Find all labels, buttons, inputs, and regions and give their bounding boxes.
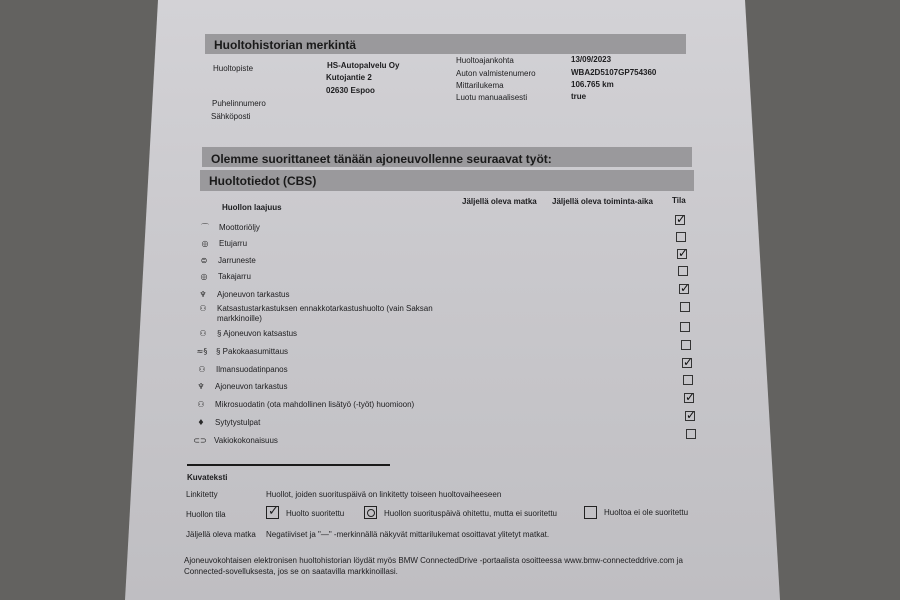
cbs-title-bar: Huoltotiedot (CBS) [200, 170, 694, 191]
service-point-name: HS-Autopalvelu Oy [327, 61, 399, 70]
legend-distance-text: Negatiiviset ja "—" -merkinnällä näkyvät… [266, 530, 549, 539]
engine-oil-icon: ⌒ [198, 223, 212, 233]
status-checked-icon [675, 215, 685, 225]
status-unchecked-icon [686, 429, 696, 439]
spark-plug-icon: ♦ [194, 418, 208, 428]
footer-line-1: Ajoneuvokohtaisen elektronisen huoltohis… [184, 556, 683, 565]
status-checked-icon [685, 411, 695, 421]
cbs-item-label: Mikrosuodatin (ota mahdollinen lisätyö (… [215, 400, 414, 409]
cbs-item-label: Ajoneuvon tarkastus [215, 382, 288, 391]
work-banner: Olemme suorittaneet tänään ajoneuvollenn… [202, 147, 692, 167]
footer-line-2: Connected-sovelluksesta, jos se on saata… [184, 567, 398, 576]
status-checked-icon [679, 284, 689, 294]
col-remaining-distance: Jäljellä oleva matka [462, 197, 537, 206]
status-unchecked-icon [680, 322, 690, 332]
record-title: Huoltohistorian merkintä [214, 38, 356, 52]
col-remaining-time: Jäljellä oleva toiminta-aika [552, 197, 653, 206]
service-point-city: 02630 Espoo [326, 86, 375, 95]
cbs-item-label: Takajarru [218, 272, 251, 281]
col-status: Tila [672, 196, 686, 205]
cbs-item-label: Moottoriöljy [219, 223, 260, 232]
legend-status-overdue: Huollon suorituspäivä ohitettu, mutta ei… [384, 509, 557, 518]
cbs-item-label: § Ajoneuvon katsastus [217, 329, 297, 338]
legend-linked-label: Linkitetty [186, 490, 218, 499]
cbs-item-label: Sytytystulpat [215, 418, 260, 427]
vehicle-check-icon: ♆ [194, 382, 208, 392]
vehicle-check-icon: ♆ [196, 290, 210, 300]
status-unchecked-icon [683, 375, 693, 385]
cbs-title: Huoltotiedot (CBS) [209, 174, 316, 188]
front-brake-icon: ◎ [198, 239, 212, 249]
status-checked-icon [677, 249, 687, 259]
brake-fluid-icon: ⊜ [197, 256, 211, 266]
detail-label: Luotu manuaalisesti [456, 93, 527, 102]
record-title-bar: Huoltohistorian merkintä [205, 34, 686, 54]
cbs-item-label-cont: markkinoille) [217, 314, 262, 323]
legend-title: Kuvateksti [187, 473, 227, 482]
legend-status-label: Huollon tila [186, 510, 226, 519]
service-record-page: Huoltohistorian merkintä Huoltopiste HS-… [0, 0, 900, 600]
cbs-item-label: Jarruneste [218, 256, 256, 265]
detail-value: true [571, 92, 586, 101]
status-checked-icon [682, 358, 692, 368]
status-unchecked-icon [680, 302, 690, 312]
cbs-item-label: Vakiokokonaisuus [214, 436, 278, 445]
microfilter-icon: ⚇ [194, 400, 208, 410]
legend-status-done: Huolto suoritettu [286, 509, 344, 518]
cbs-item-label: Ajoneuvon tarkastus [217, 290, 290, 299]
standard-package-icon: ⊂⊃ [193, 436, 207, 446]
col-scope: Huollon laajuus [222, 203, 282, 212]
cbs-item-label: Katsastustarkastuksen ennakkotarkastushu… [217, 304, 433, 313]
legend-distance-label: Jäljellä oleva matka [186, 530, 256, 539]
service-point-street: Kutojantie 2 [326, 73, 372, 82]
detail-value: 13/09/2023 [571, 55, 611, 64]
detail-label: Huoltoajankohta [456, 56, 514, 65]
email-label: Sähköposti [211, 112, 251, 121]
status-unchecked-icon [676, 232, 686, 242]
cbs-item-label: Ilmansuodatinpanos [216, 365, 288, 374]
legend-status-not-done: Huoltoa ei ole suoritettu [604, 508, 688, 517]
emissions-icon: ≈§ [195, 347, 209, 357]
detail-label: Mittarilukema [456, 81, 504, 90]
rear-brake-icon: ◎ [197, 272, 211, 282]
status-unchecked-icon [681, 340, 691, 350]
detail-value: 106.765 km [571, 80, 614, 89]
legend-linked-text: Huollot, joiden suorituspäivä on linkite… [266, 490, 501, 499]
cbs-item-label: § Pakokaasumittaus [216, 347, 288, 356]
detail-value: WBA2D5107GP754360 [571, 68, 656, 77]
phone-label: Puhelinnumero [212, 99, 266, 108]
legal-inspection-icon: ⚇ [196, 329, 210, 339]
legend-overdue-circle-icon [364, 506, 377, 519]
legend-not-done-checkbox-icon [584, 506, 597, 519]
cbs-item-label: Etujarru [219, 239, 247, 248]
work-banner-text: Olemme suorittaneet tänään ajoneuvollenn… [211, 152, 552, 166]
air-filter-icon: ⚇ [195, 365, 209, 375]
inspection-icon: ⚇ [196, 304, 210, 314]
status-checked-icon [684, 393, 694, 403]
divider [187, 464, 390, 466]
legend-done-checkbox-icon [266, 506, 279, 519]
detail-label: Auton valmistenumero [456, 69, 536, 78]
service-point-label: Huoltopiste [213, 64, 253, 73]
status-unchecked-icon [678, 266, 688, 276]
